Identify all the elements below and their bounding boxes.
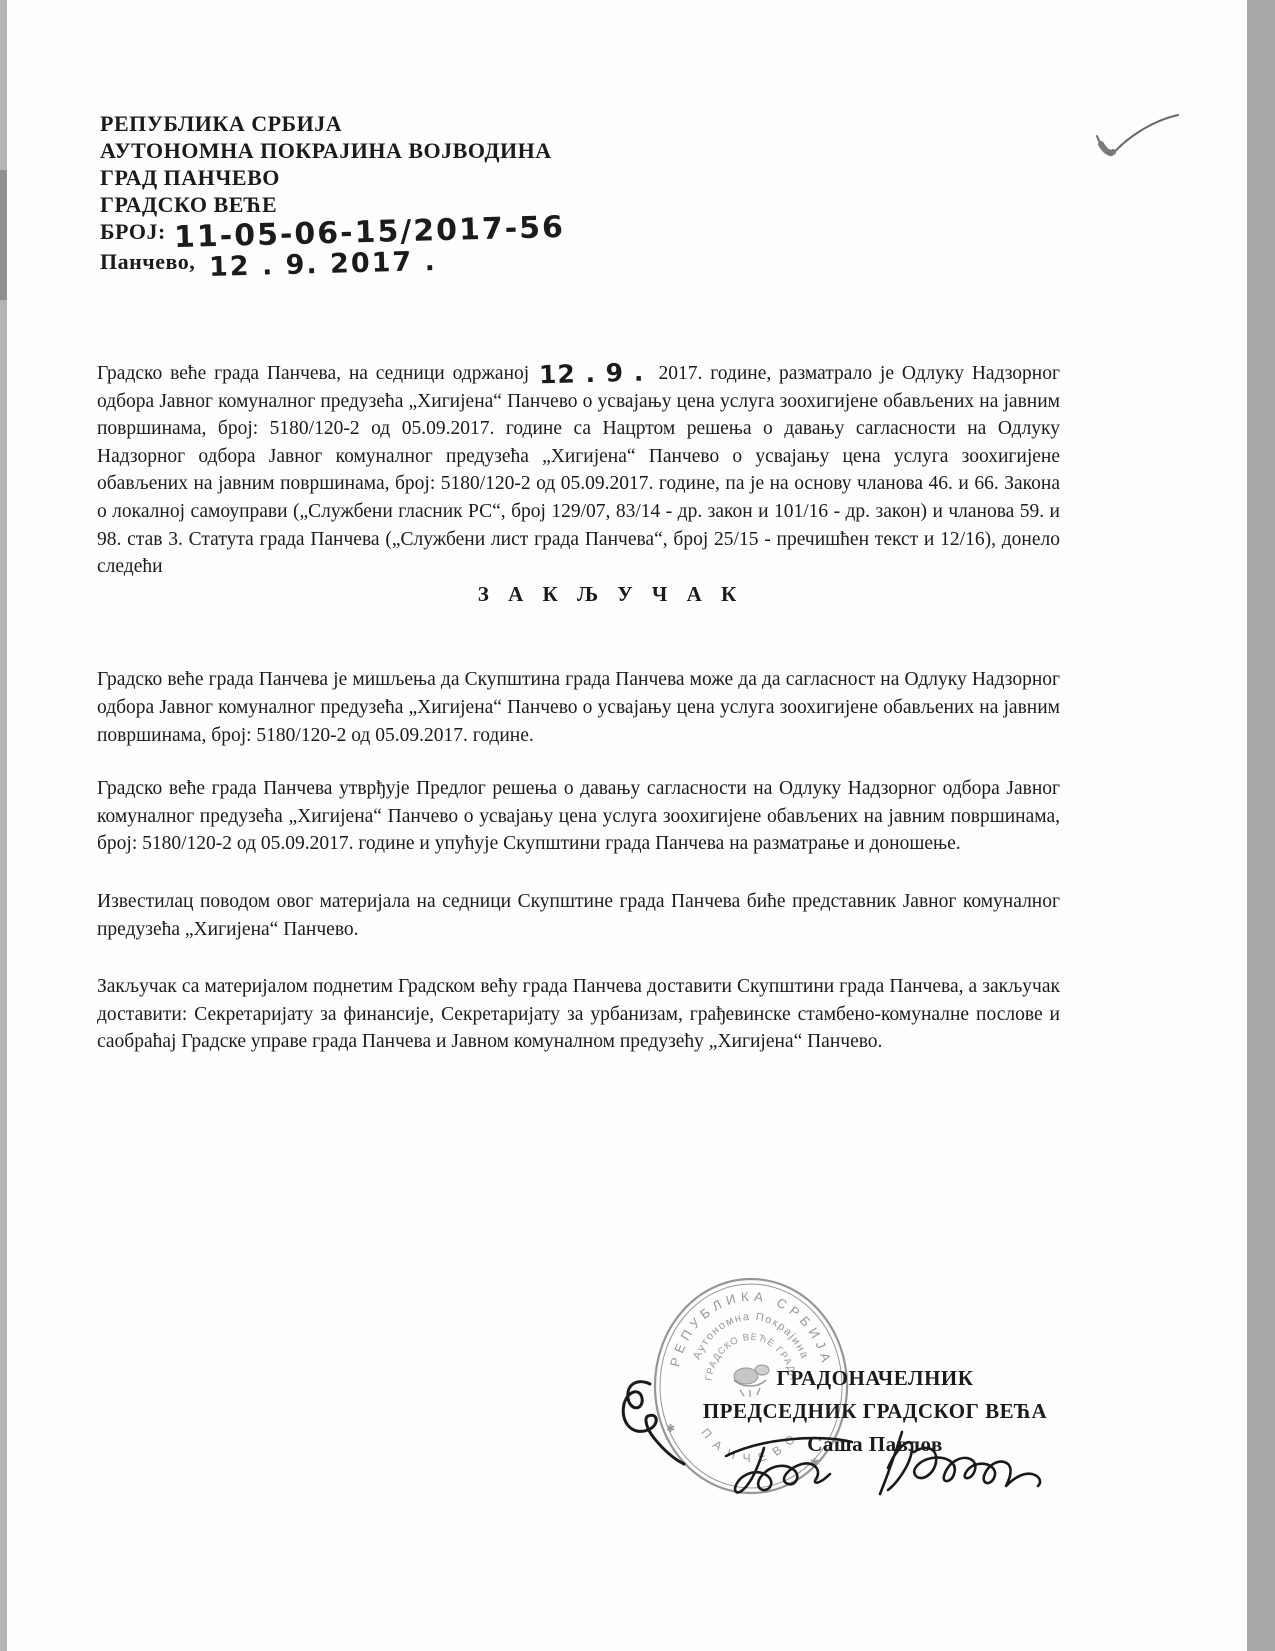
- paragraph-opinion: Градско веће града Панчева је мишљења да…: [97, 666, 1060, 749]
- document-page: РЕПУБЛИКА СРБИЈА АУТОНОМНА ПОКРАЈИНА ВОЈ…: [0, 0, 1275, 1651]
- checkmark-icon: [1085, 108, 1185, 173]
- scan-edge-left: [0, 0, 7, 1651]
- letterhead-city: ГРАД ПАНЧЕВО: [100, 164, 565, 191]
- signature-scribble: [712, 1424, 1072, 1514]
- session-date-handwritten: 12 . 9 .: [539, 360, 645, 388]
- letterhead-province: АУТОНОМНА ПОКРАЈИНА ВОЈВОДИНА: [100, 137, 565, 164]
- paragraph-distribution: Закључак са материјалом поднетим Градско…: [97, 973, 1060, 1056]
- paragraph-intro-before: Градско веће града Панчева, на седници о…: [97, 363, 529, 384]
- date-handwritten: 12 . 9. 2017 .: [209, 248, 438, 281]
- paragraph-proposal: Градско веће града Панчева утврђује Пред…: [97, 775, 1060, 858]
- paragraph-intro: Градско веће града Панчева, на седници о…: [97, 360, 1060, 581]
- initials-scribble: [608, 1372, 728, 1477]
- document-body: Градско веће града Панчева, на седници о…: [97, 360, 1060, 1056]
- conclusion-heading: З А К Љ У Ч А К: [97, 581, 1060, 609]
- letterhead: РЕПУБЛИКА СРБИЈА АУТОНОМНА ПОКРАЈИНА ВОЈ…: [100, 110, 565, 278]
- letterhead-country: РЕПУБЛИКА СРБИЈА: [100, 110, 565, 137]
- scan-edge-right: [1247, 0, 1275, 1651]
- document-number-line: БРОЈ:11-05-06-15/2017-56: [100, 218, 565, 248]
- place-date-line: Панчево,12 . 9. 2017 .: [100, 248, 565, 278]
- paragraph-rapporteur: Известилац поводом овог материјала на се…: [97, 888, 1060, 943]
- document-number-label: БРОЈ:: [100, 219, 166, 244]
- paragraph-intro-after: 2017. године, разматрало је Одлуку Надзо…: [97, 363, 1060, 577]
